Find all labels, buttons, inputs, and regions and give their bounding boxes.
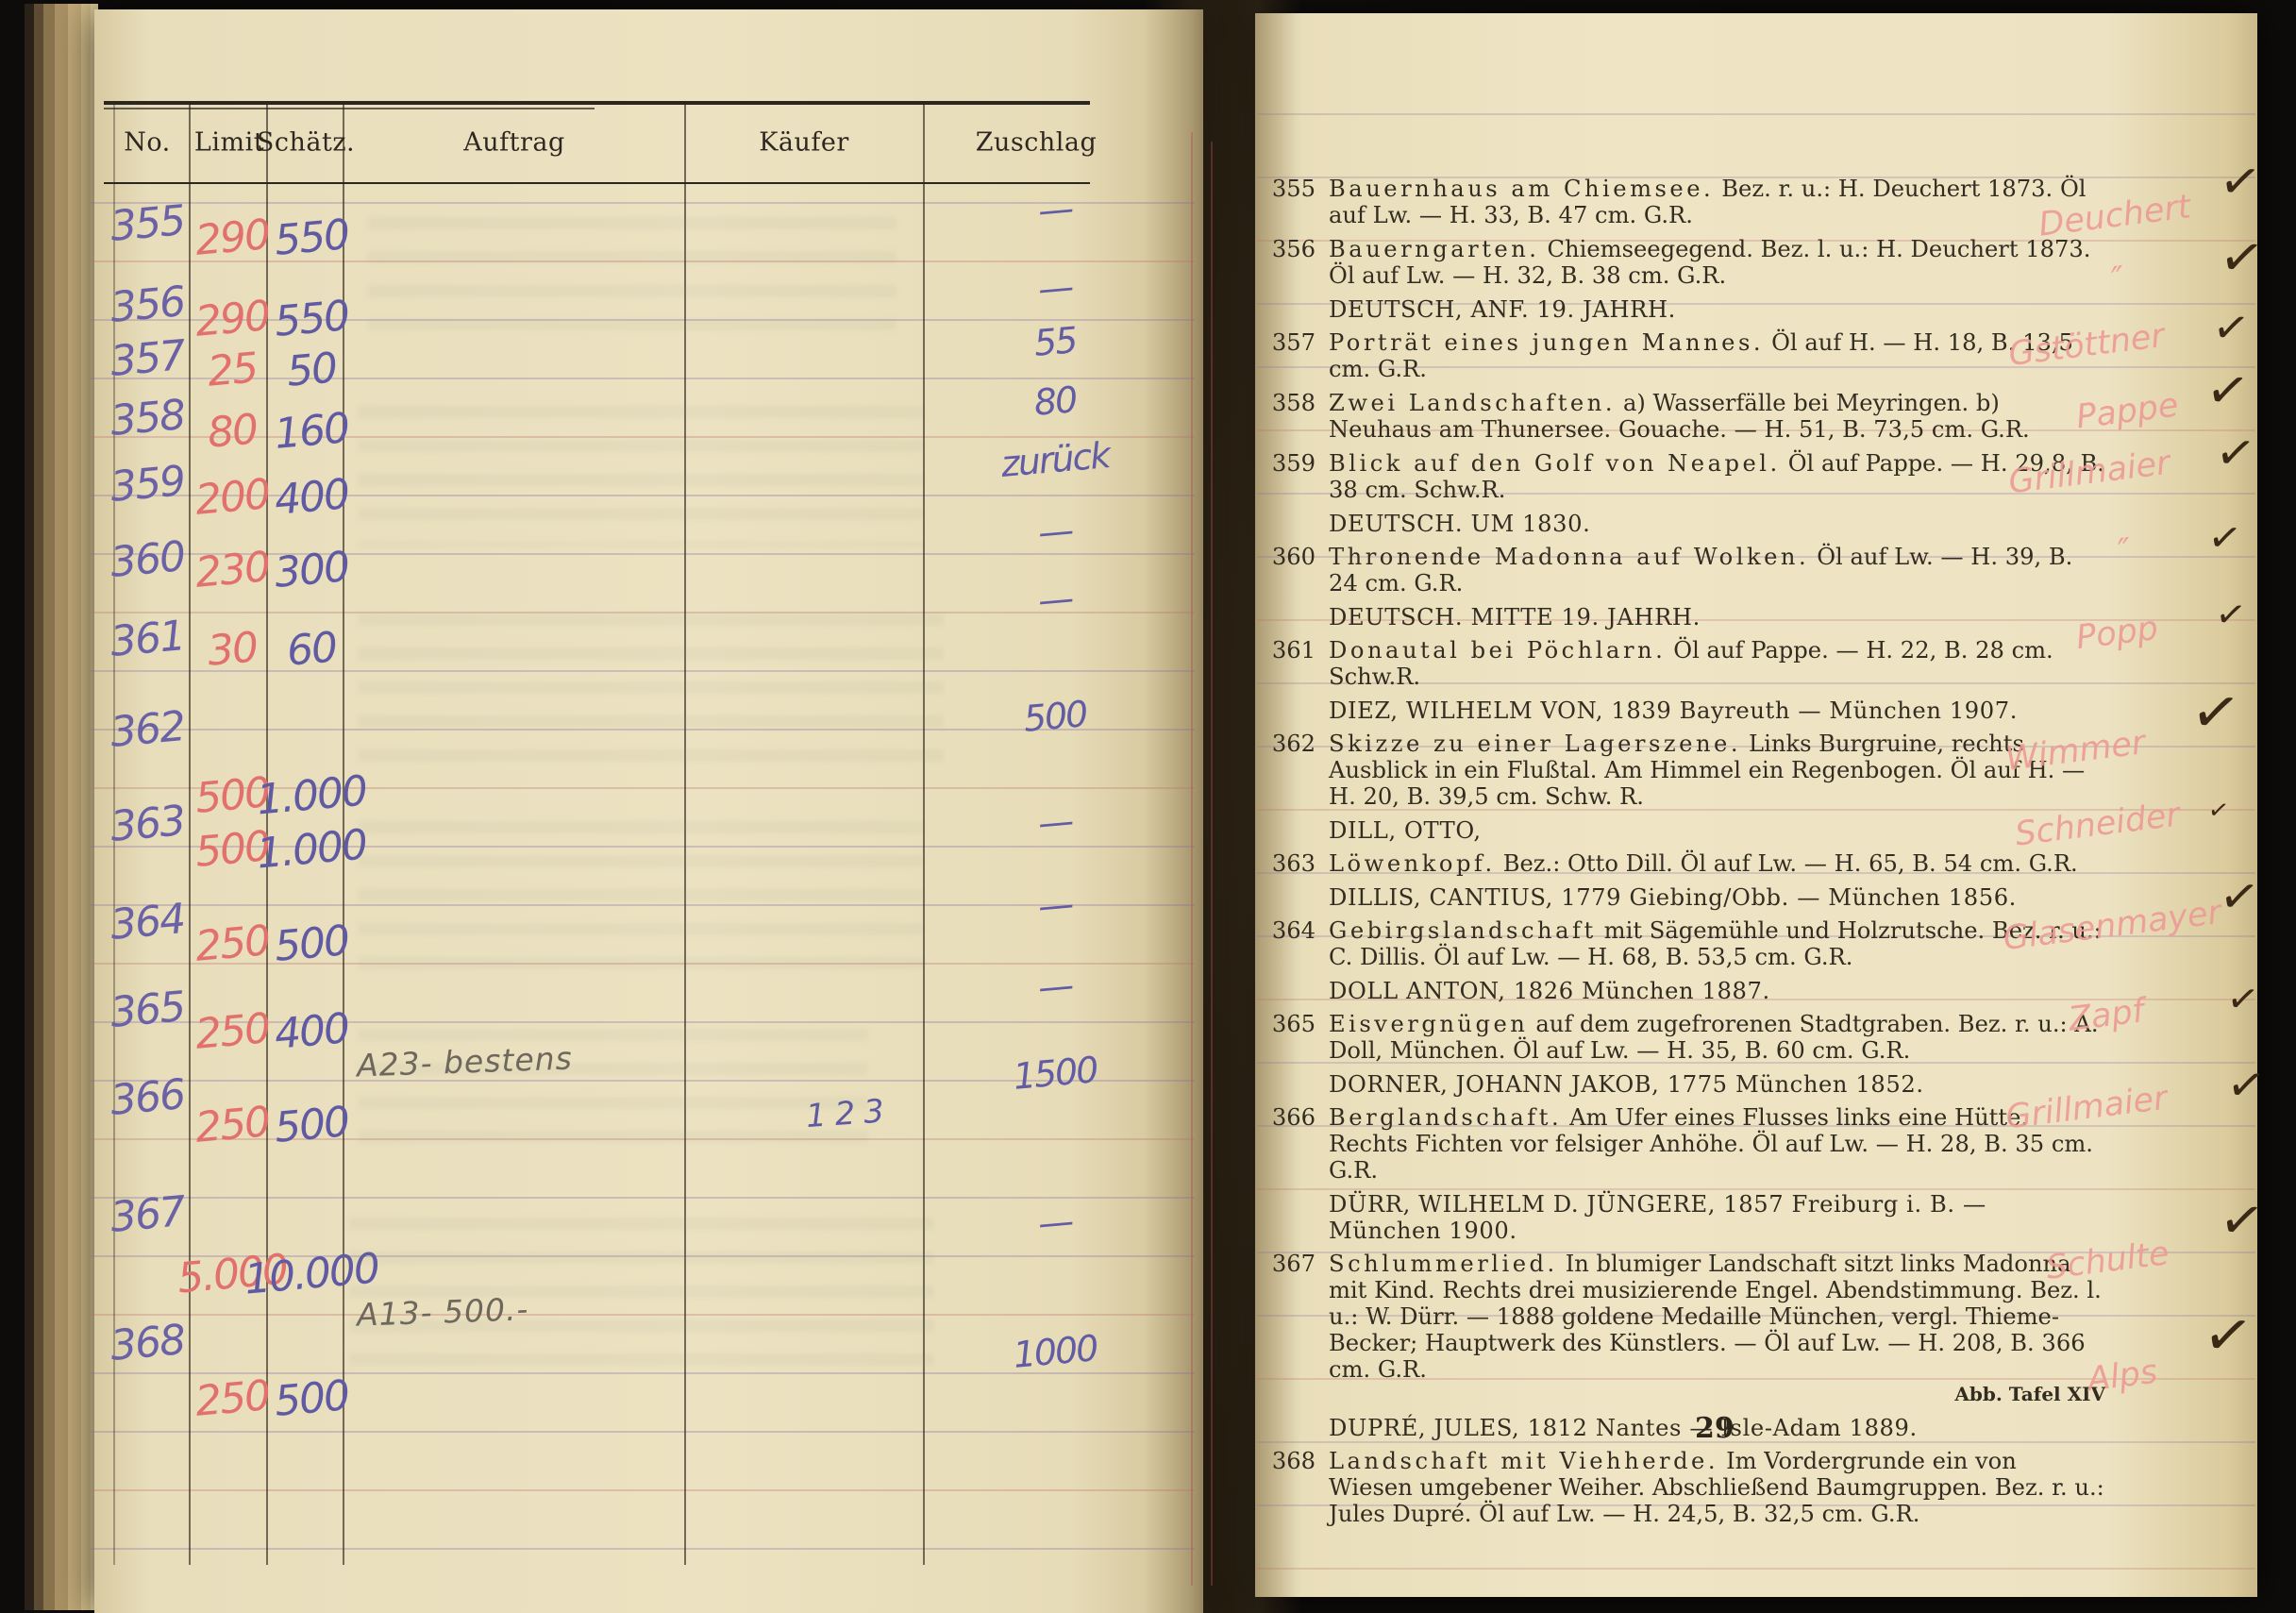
row-359-schaetz: 400 [273, 470, 350, 525]
bleedthrough-band [359, 406, 925, 547]
row-360-limit: 230 [193, 543, 271, 597]
row-357-zuschlag: 55 [1032, 319, 1078, 364]
page-edge-strip [43, 4, 55, 1610]
row-357-no: 357 [109, 331, 186, 386]
artist-header: DEUTSCH, ANF. 19. JAHRH. [1263, 296, 2105, 323]
lot-entry-365: 365Eisvergnügenauf dem zugefrorenen Stad… [1263, 1011, 2105, 1064]
row-356-no: 356 [109, 277, 186, 332]
row-355-limit: 290 [193, 210, 271, 265]
lot-entry-357: 357Porträt eines jungen Mannes.Öl auf H.… [1263, 329, 2105, 382]
lot-title: Bauernhaus am Chiemsee. [1329, 176, 1714, 202]
lot-number: 355 [1263, 176, 1316, 202]
check-icon: ✓ [2215, 225, 2269, 293]
ruled-line [91, 202, 1195, 204]
ruled-line [91, 1489, 1195, 1491]
fold-red-line [1211, 142, 1213, 1586]
lot-title: Löwenkopf. [1329, 850, 1496, 877]
row-364-zuschlag: — [1036, 883, 1074, 928]
lot-entry-368: 368Landschaft mit Viehherde.Im Vordergru… [1263, 1448, 2105, 1527]
lot-entry-366: 366Berglandschaft.Am Ufer eines Flusses … [1263, 1104, 2105, 1184]
lot-entry-355: 355Bauernhaus am Chiemsee.Bez. r. u.: H.… [1263, 176, 2105, 228]
artist-header: DIEZ, WILHELM VON, 1839 Bayreuth — Münch… [1263, 697, 2105, 724]
row-363-zuschlag: — [1036, 800, 1074, 845]
row-358-limit: 80 [206, 405, 259, 457]
page-edge-strip [68, 4, 81, 1610]
artist-header: DOLL ANTON, 1826 München 1887. [1263, 978, 2105, 1004]
artist-header: DILL, OTTO, [1263, 817, 2105, 844]
bleedthrough-band [359, 1029, 868, 1151]
check-icon: ✓ [2224, 976, 2262, 1024]
auction-catalog-scan: No.LimitSchätz.AuftragKäuferZuschlag 355… [0, 0, 2296, 1613]
row-355-zuschlag: — [1036, 188, 1074, 232]
table-top-border-double [104, 108, 595, 109]
row-366-schaetz: 500 [273, 1098, 350, 1152]
lot-entry-359: 359Blick auf den Golf von Neapel.Öl auf … [1263, 450, 2105, 503]
row-365-schaetz: 400 [273, 1004, 350, 1059]
row-363-no: 363 [109, 797, 186, 851]
column-header-limit: Limit [194, 128, 264, 158]
lot-title: Gebirgslandschaft [1329, 917, 1597, 944]
row-362-zuschlag: 500 [1022, 693, 1088, 740]
lot-entry-363: 363Löwenkopf.Bez.: Otto Dill. Öl auf Lw.… [1263, 850, 2105, 877]
lot-number: 357 [1263, 329, 1316, 356]
bleedthrough-band [359, 613, 944, 764]
row-363-schaetz: 1.000 [255, 821, 368, 879]
fold-red-line [1191, 132, 1193, 1586]
check-icon: ✓ [2212, 423, 2259, 483]
row-365-limit: 250 [193, 1004, 271, 1059]
row-361-limit: 30 [206, 623, 259, 675]
row-364-limit: 250 [193, 916, 271, 971]
lot-title: Schlummerlied. [1329, 1251, 1558, 1277]
row-368-no: 368 [109, 1316, 186, 1370]
lot-title: Berglandschaft. [1329, 1104, 1562, 1131]
lot-entry-367: 367Schlummerlied.In blumiger Landschaft … [1263, 1251, 2105, 1407]
lot-entry-362: 362Skizze zu einer Lagerszene.Links Burg… [1263, 731, 2105, 810]
row-360-zuschlag: — [1036, 510, 1074, 554]
row-356-limit: 290 [193, 292, 271, 346]
lot-title: Thronende Madonna auf Wolken. [1329, 544, 1809, 570]
row-362-schaetz: 1.000 [255, 767, 368, 825]
row-356-schaetz: 550 [273, 292, 350, 346]
lot-title: Bauerngarten. [1329, 236, 1540, 262]
check-icon: ✓ [2223, 1056, 2269, 1115]
lot-entry-360: 360Thronende Madonna auf Wolken.Öl auf L… [1263, 544, 2105, 596]
lot-title: Landschaft mit Viehherde. [1329, 1448, 1718, 1474]
artist-header: DEUTSCH. UM 1830. [1263, 511, 2105, 537]
check-icon: ✓ [2216, 151, 2265, 213]
lot-number: 362 [1263, 731, 1316, 757]
lot-entry-356: 356Bauerngarten.Chiemseegegend. Bez. l. … [1263, 236, 2105, 289]
check-icon: ✓ [2215, 1187, 2269, 1255]
page-edge-strip [34, 4, 43, 1610]
lot-title: Donautal bei Pöchlarn. [1329, 637, 1666, 664]
lot-title: Zwei Landschaften. [1329, 390, 1616, 416]
ruled-line [1257, 113, 2255, 115]
row-355-no: 355 [109, 196, 186, 251]
artist-header: DILLIS, CANTIUS, 1779 Giebing/Obb. — Mün… [1263, 884, 2105, 911]
row-361-zuschlag: — [1036, 578, 1074, 622]
row-365-no: 365 [109, 983, 186, 1037]
row-368-zuschlag: 1000 [1012, 1327, 1098, 1376]
bleedthrough-band [368, 217, 897, 330]
lot-title: Skizze zu einer Lagerszene. [1329, 731, 1741, 757]
lot-description: Bez.: Otto Dill. Öl auf Lw. — H. 65, B. … [1503, 850, 2078, 877]
ruled-line [1257, 1568, 2255, 1570]
column-header-zuschlag: Zuschlag [976, 128, 1098, 158]
row-367-no: 367 [109, 1187, 186, 1242]
row-364-schaetz: 500 [273, 916, 350, 971]
lot-title: Blick auf den Golf von Neapel. [1329, 450, 1781, 477]
plate-reference: Abb. Tafel XIV [1329, 1381, 2105, 1407]
row-357-limit: 25 [206, 344, 259, 395]
row-360-no: 360 [109, 532, 186, 587]
row-361-schaetz: 60 [285, 623, 338, 675]
row-358-zuschlag: 80 [1032, 378, 1078, 424]
lot-number: 365 [1263, 1011, 1316, 1037]
table-column-line [189, 104, 191, 1565]
lot-number: 358 [1263, 390, 1316, 416]
lot-entry-364: 364Gebirgslandschaftmit Sägemühle und Ho… [1263, 917, 2105, 970]
lot-entry-358: 358Zwei Landschaften.a) Wasserfälle bei … [1263, 390, 2105, 443]
lot-number: 368 [1263, 1448, 1316, 1474]
table-top-border [104, 101, 1090, 105]
check-icon: ✓ [2206, 795, 2231, 826]
lot-number: 363 [1263, 850, 1316, 877]
page-number: 29 [1695, 1412, 1735, 1445]
bleedthrough-band [349, 1218, 934, 1378]
lot-number: 360 [1263, 544, 1316, 570]
row-366-limit: 250 [193, 1098, 271, 1152]
lot-number: 367 [1263, 1251, 1316, 1277]
table-header-underline [104, 182, 1090, 184]
artist-header: DUPRÉ, JULES, 1812 Nantes — Isle-Adam 18… [1263, 1415, 2105, 1441]
lot-title: Porträt eines jungen Mannes. [1329, 329, 1764, 356]
page-edge-strip [81, 4, 91, 1610]
row-359-limit: 200 [193, 470, 271, 525]
check-icon: ✓ [2209, 299, 2254, 355]
row-361-no: 361 [109, 612, 186, 666]
row-358-no: 358 [109, 391, 186, 445]
lot-number: 356 [1263, 236, 1316, 262]
row-356-zuschlag: — [1036, 266, 1074, 311]
row-359-no: 359 [109, 457, 186, 512]
check-icon: ✓ [2216, 866, 2263, 927]
row-362-no: 362 [109, 702, 186, 757]
row-364-no: 364 [109, 895, 186, 949]
lot-number: 364 [1263, 917, 1316, 944]
lot-number: 359 [1263, 450, 1316, 477]
ruled-line [91, 1431, 1195, 1433]
row-355-schaetz: 550 [273, 210, 350, 265]
column-header-kaeufer: Käufer [759, 128, 849, 158]
catalog-entries: 355Bauernhaus am Chiemsee.Bez. r. u.: H.… [1263, 176, 2105, 1535]
row-365-zuschlag: — [1036, 965, 1074, 1009]
row-358-schaetz: 160 [273, 404, 350, 459]
bleedthrough-band [359, 821, 925, 982]
ruled-line [91, 1548, 1195, 1550]
row-360-schaetz: 300 [273, 543, 350, 597]
row-368-limit: 250 [193, 1371, 271, 1426]
lot-number: 361 [1263, 637, 1316, 664]
row-368-schaetz: 500 [273, 1371, 350, 1426]
artist-header: DÜRR, WILHELM D. JÜNGERE, 1857 Freiburg … [1263, 1191, 2105, 1244]
artist-header: DEUTSCH. MITTE 19. JAHRH. [1263, 604, 2105, 630]
row-366-no: 366 [109, 1070, 186, 1125]
page-edge-strip [25, 4, 34, 1610]
row-367-zuschlag: — [1036, 1201, 1074, 1245]
lot-entry-361: 361Donautal bei Pöchlarn.Öl auf Pappe. —… [1263, 637, 2105, 690]
column-header-auftrag: Auftrag [463, 128, 565, 158]
row-357-schaetz: 50 [285, 344, 338, 395]
check-icon: ✓ [2213, 592, 2249, 637]
lot-number: 366 [1263, 1104, 1316, 1131]
row-366-zuschlag: 1500 [1012, 1049, 1098, 1098]
lot-title: Eisvergnügen [1329, 1011, 1528, 1037]
column-header-no: No. [124, 128, 171, 158]
ruled-line [91, 1197, 1195, 1199]
page-edge-strip [55, 4, 68, 1610]
artist-header: DORNER, JOHANN JAKOB, 1775 München 1852. [1263, 1071, 2105, 1098]
column-header-schaetz: Schätz. [257, 128, 355, 158]
